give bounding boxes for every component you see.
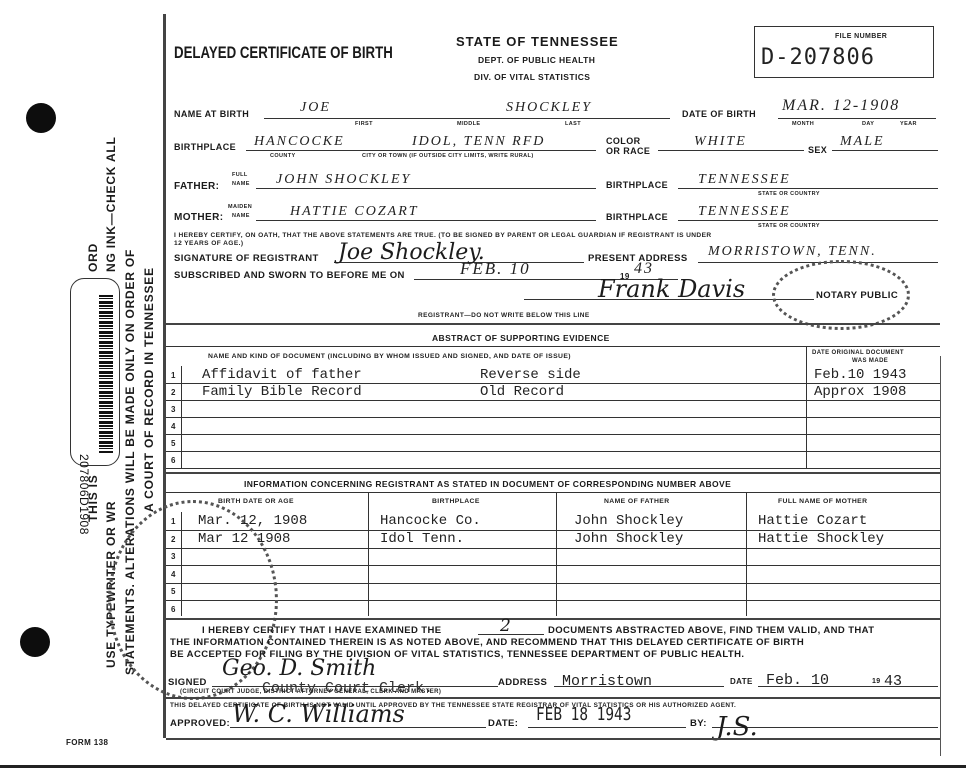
by-label: BY: [690,718,707,729]
info-row-line [166,583,940,584]
abstract-row-number: 2 [171,388,175,397]
abstract-row-date[interactable]: Feb.10 1943 [814,367,906,383]
margin-line-court: A COURT OF RECORD IN TENNESSEE [142,267,156,512]
info-row-mother[interactable]: Hattie Shockley [758,531,884,547]
last-name-value[interactable]: SHOCKLEY [506,100,592,116]
section-divider-1 [166,323,940,325]
abstract-row-note[interactable]: Old Record [480,384,564,400]
abstract-date-col-divider [806,346,807,468]
signature-of-registrant-label: SIGNATURE OF REGISTRANT [174,253,319,264]
info-row-place[interactable]: Hancocke Co. [380,513,481,529]
race-line [658,150,804,151]
dob-line [778,118,936,119]
middle-sub: MIDDLE [457,121,480,127]
approval-date-stamp: FEB 18 1943 [536,704,631,725]
father-name-line [256,188,596,189]
abstract-row-document[interactable]: Family Bible Record [202,384,362,400]
father-sub-name: NAME [232,181,250,187]
birthplace-county-value[interactable]: HANCOCKE [254,134,345,150]
mother-name-line [256,220,596,221]
info-row-father[interactable]: John Shockley [574,531,683,547]
cert-date-value[interactable]: Feb. 10 [766,672,829,689]
info-col-divider-3 [746,492,747,616]
father-sub-full: FULL [232,172,248,178]
date-of-birth-value[interactable]: MAR. 12-1908 [782,97,900,115]
notary-signature: Frank Davis [598,275,745,303]
mother-birthplace-sub: STATE OR COUNTRY [758,223,820,229]
cert-count-line [478,634,544,635]
section-divider-4 [166,697,940,699]
abstract-row-number: 6 [171,456,175,465]
division-heading: DIV. OF VITAL STATISTICS [474,72,590,82]
mother-sub-maiden: MAIDEN [228,204,252,210]
mother-birthplace-line [678,220,938,221]
birthplace-label: BIRTHPLACE [174,142,236,152]
father-label: FATHER: [174,181,219,192]
abstract-row-number: 5 [171,439,175,448]
abstract-row-date[interactable]: Approx 1908 [814,384,906,400]
sex-line [832,150,938,151]
mother-sub-name: NAME [232,213,250,219]
name-at-birth-label: NAME AT BIRTH [174,109,249,119]
margin-line-typewriter-b: NG INK—CHECK ALL [104,136,118,272]
race-value[interactable]: WHITE [694,134,747,150]
birthplace-city-value[interactable]: IDOL, TENN RFD [412,134,545,150]
info-col-birth: BIRTH DATE OR AGE [218,498,294,505]
file-number-label: FILE NUMBER [835,33,887,40]
form-bottom-border [166,738,940,740]
approver-signature: W. C. Williams [232,700,405,728]
abstract-header-top [166,346,940,347]
county-sub: COUNTY [270,153,296,159]
margin-line-this-is-b: ORD [86,243,100,272]
abstract-title: ABSTRACT OF SUPPORTING EVIDENCE [432,333,610,343]
mother-label: MOTHER: [174,212,223,223]
father-name-value[interactable]: JOHN SHOCKLEY [276,172,411,188]
info-header-top [166,492,940,493]
father-birthplace-line [678,188,938,189]
state-heading: STATE OF TENNESSEE [456,34,619,49]
cert-line1-b: DOCUMENTS ABSTRACTED ABOVE, FIND THEM VA… [548,625,874,636]
sworn-label: SUBSCRIBED AND SWORN TO BEFORE ME ON [174,270,405,281]
cert-address-value[interactable]: Morristown [562,673,652,690]
form-number: FORM 138 [66,738,108,747]
father-birthplace-value[interactable]: TENNESSEE [698,172,791,188]
info-row-line [166,548,940,549]
abstract-row-number: 1 [171,371,175,380]
abstract-row-document[interactable]: Affidavit of father [202,367,362,383]
name-line [264,118,670,119]
race-label-2: OR RACE [606,146,650,156]
month-sub: MONTH [792,121,814,127]
abstract-row-line [166,400,940,401]
sex-value[interactable]: MALE [840,134,885,150]
info-row-line [166,565,940,566]
info-row-place[interactable]: Idol Tenn. [380,531,464,547]
info-row-line [166,600,940,601]
info-row-mother[interactable]: Hattie Cozart [758,513,867,529]
file-number-value: D-207806 [761,45,875,70]
barcode-bars [99,295,113,453]
birthplace-line [246,150,596,151]
abstract-col-date-1: DATE ORIGINAL DOCUMENT [812,350,904,356]
info-col-divider-2 [556,492,557,616]
sex-label: SEX [808,145,827,155]
cert-document-count[interactable]: 2 [500,616,511,636]
abstract-row-line [166,434,940,435]
info-title: INFORMATION CONCERNING REGISTRANT AS STA… [244,479,731,489]
clerk-signature: Geo. D. Smith [222,656,376,681]
section-divider-3 [166,618,940,620]
year-sub: YEAR [900,121,917,127]
abstract-row-line [166,468,940,469]
form-title: DELAYED CERTIFICATE OF BIRTH [174,43,393,63]
father-birthplace-sub: STATE OR COUNTRY [758,191,820,197]
info-col-father: NAME OF FATHER [604,498,670,505]
mother-birthplace-label: BIRTHPLACE [606,212,668,222]
date-of-birth-label: DATE OF BIRTH [682,109,756,119]
cert-line2: THE INFORMATION CONTAINED THEREIN IS AS … [170,637,804,648]
punch-hole-top [26,103,56,133]
abstract-col-document: NAME AND KIND OF DOCUMENT (INCLUDING BY … [208,353,571,360]
info-row-father[interactable]: John Shockley [574,513,683,529]
page-right-edge [940,356,941,756]
abstract-row-number: 4 [171,422,175,431]
present-address-value[interactable]: MORRISTOWN, TENN. [708,244,877,260]
file-number-box: FILE NUMBER D-207806 [754,26,934,78]
abstract-col-date-2: WAS MADE [852,358,888,364]
cert-date-label: DATE [730,677,753,686]
abstract-row-line [166,417,940,418]
info-col-divider-1 [368,492,369,616]
info-col-mother: FULL NAME OF MOTHER [778,498,867,505]
punch-hole-bottom [20,627,50,657]
info-col-place: BIRTHPLACE [432,498,480,505]
cert-line1-a: I HEREBY CERTIFY THAT I HAVE EXAMINED TH… [202,625,442,636]
mother-birthplace-value[interactable]: TENNESSEE [698,204,791,220]
day-sub: DAY [862,121,874,127]
cert-address-label: ADDRESS [498,677,547,688]
abstract-row-line [166,451,940,452]
city-sub: CITY OR TOWN (IF OUTSIDE CITY LIMITS, WR… [362,153,534,159]
cert-year-value[interactable]: 43 [884,673,902,690]
sworn-date-value[interactable]: FEB. 10 [460,259,531,279]
signed-label: SIGNED [168,677,207,688]
last-sub: LAST [565,121,581,127]
first-sub: FIRST [355,121,373,127]
oath-text-line2: 12 YEARS OF AGE.) [174,240,243,247]
abstract-row-note[interactable]: Reverse side [480,367,581,383]
abstract-row-number: 3 [171,405,175,414]
father-birthplace-label: BIRTHPLACE [606,180,668,190]
section-divider-2 [166,472,940,474]
approval-date-line [528,727,686,728]
do-not-write-notice: REGISTRANT—DO NOT WRITE BELOW THIS LINE [418,312,590,319]
approved-label: APPROVED: [170,718,230,729]
approval-date-label: DATE: [488,718,518,729]
barcode-number: 207806D1908 [77,454,91,535]
first-name-value[interactable]: JOE [300,100,331,116]
signed-sub: (CIRCUIT COURT JUDGE, DISTRICT ATTORNEY … [180,689,441,695]
barcode-label: 207806D1908 [70,278,120,466]
dept-heading: DEPT. OF PUBLIC HEALTH [478,55,595,65]
oath-text-line1: I HEREBY CERTIFY, ON OATH, THAT THE ABOV… [174,232,712,239]
notary-seal-stamp [772,260,910,330]
race-label-1: COLOR [606,136,641,146]
mother-name-value[interactable]: HATTIE COZART [290,204,419,220]
cert-year-prefix: 19 [872,678,881,685]
